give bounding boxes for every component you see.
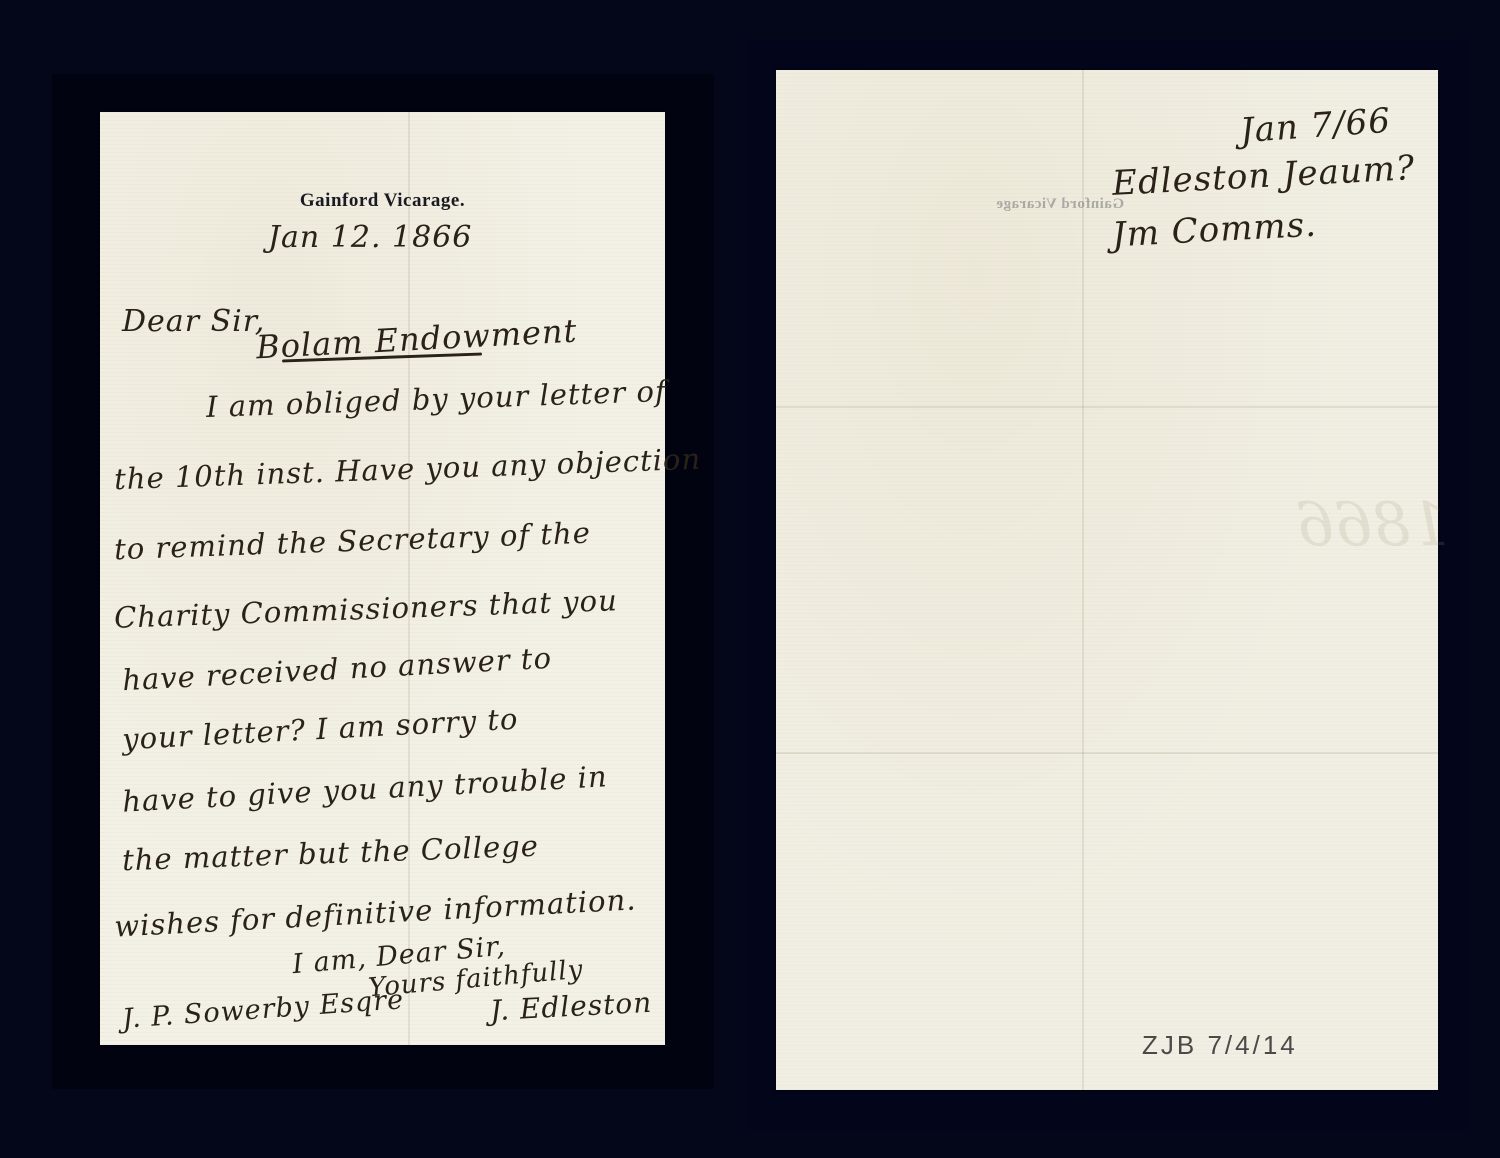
body-line-3: to remind the Secretary of the <box>114 516 592 567</box>
body-line-6: your letter? I am sorry to <box>121 702 519 757</box>
archive-reference: ZJB 7/4/14 <box>1142 1030 1298 1061</box>
letterhead: Gainford Vicarage. <box>100 190 665 212</box>
docket-line-2: Jm Comms. <box>1111 205 1318 256</box>
docket-date: Jan 7/66 <box>1239 101 1392 151</box>
addressee: J. P. Sowerby Esqre <box>121 984 405 1035</box>
body-line-1: I am obliged by your letter of <box>206 374 668 424</box>
body-line-5: have received no answer to <box>121 641 552 697</box>
letter-back-page: Gainford Vicarage 1866 Jan 7/66 Edleston… <box>776 70 1438 1090</box>
paper-fold-line-lower <box>776 752 1438 754</box>
body-line-4: Charity Commissioners that you <box>114 583 619 635</box>
body-line-8: the matter but the College <box>122 829 540 878</box>
body-line-9: wishes for definitive information. <box>113 882 637 943</box>
bleed-through-letterhead: Gainford Vicarage <box>996 196 1124 213</box>
docket-line-1: Edleston Jeaum? <box>1111 148 1416 204</box>
letter-date: Jan 12. 1866 <box>268 220 472 255</box>
signature: J. Edleston <box>489 986 653 1027</box>
document-viewer: Gainford Vicarage. Jan 12. 1866 Dear Sir… <box>0 0 1500 1158</box>
paper-fold-line-vertical <box>1082 70 1084 1090</box>
bleed-through-date: 1866 <box>1296 490 1449 560</box>
salutation: Dear Sir, <box>122 304 265 339</box>
paper-fold-line-upper <box>776 406 1438 408</box>
body-line-7: have to give you any trouble in <box>121 759 608 818</box>
letter-front-page: Gainford Vicarage. Jan 12. 1866 Dear Sir… <box>100 112 665 1045</box>
